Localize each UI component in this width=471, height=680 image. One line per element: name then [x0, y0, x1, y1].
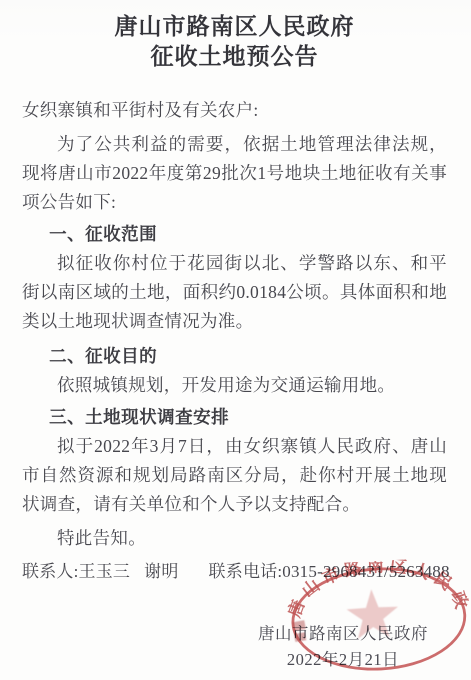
closing-line: 特此告知。	[22, 524, 447, 553]
salutation: 女织寨镇和平街村及有关农户:	[22, 96, 447, 125]
section1-heading: 一、征收范围	[22, 220, 447, 249]
contact-phone-label: 联系电话:	[209, 562, 283, 581]
section2-heading: 二、征收目的	[22, 342, 447, 371]
contact-person-label: 联系人:	[22, 562, 79, 581]
document-title-line1: 唐山市路南区人民政府	[22, 12, 447, 42]
section3-body: 拟于2022年3月7日，由女织寨镇人民政府、唐山市自然资源和规划局路南区分局，赴…	[22, 432, 447, 519]
issuer-signature: 唐山市路南区人民政府	[258, 621, 428, 647]
contact-phone-numbers: 0315-2968431/5263488	[282, 562, 449, 581]
notice-document: 唐山市路南区人民政府 征收土地预公告 女织寨镇和平街村及有关农户: 为了公共利益…	[0, 0, 471, 680]
section1-body: 拟征收你村位于花园街以北、学警路以东、和平街以南区域的土地，面积约0.0184公…	[22, 249, 447, 336]
signature-block: 唐山市路南区人民政府 2022年2月21日	[22, 621, 428, 673]
section3-heading: 三、土地现状调查安排	[22, 403, 447, 432]
issue-date: 2022年2月21日	[287, 647, 399, 673]
intro-paragraph: 为了公共利益的需要，依据土地管理法律法规，现将唐山市2022年度第29批次1号地…	[22, 130, 447, 217]
document-title-line2: 征收土地预公告	[22, 42, 447, 72]
contact-person2: 谢明	[144, 562, 178, 581]
contact-line: 联系人:王玉三谢明联系电话:0315-2968431/5263488	[22, 557, 447, 586]
section2-body: 依照城镇规划，开发用途为交通运输用地。	[22, 371, 447, 400]
contact-person1: 王玉三	[79, 562, 131, 581]
